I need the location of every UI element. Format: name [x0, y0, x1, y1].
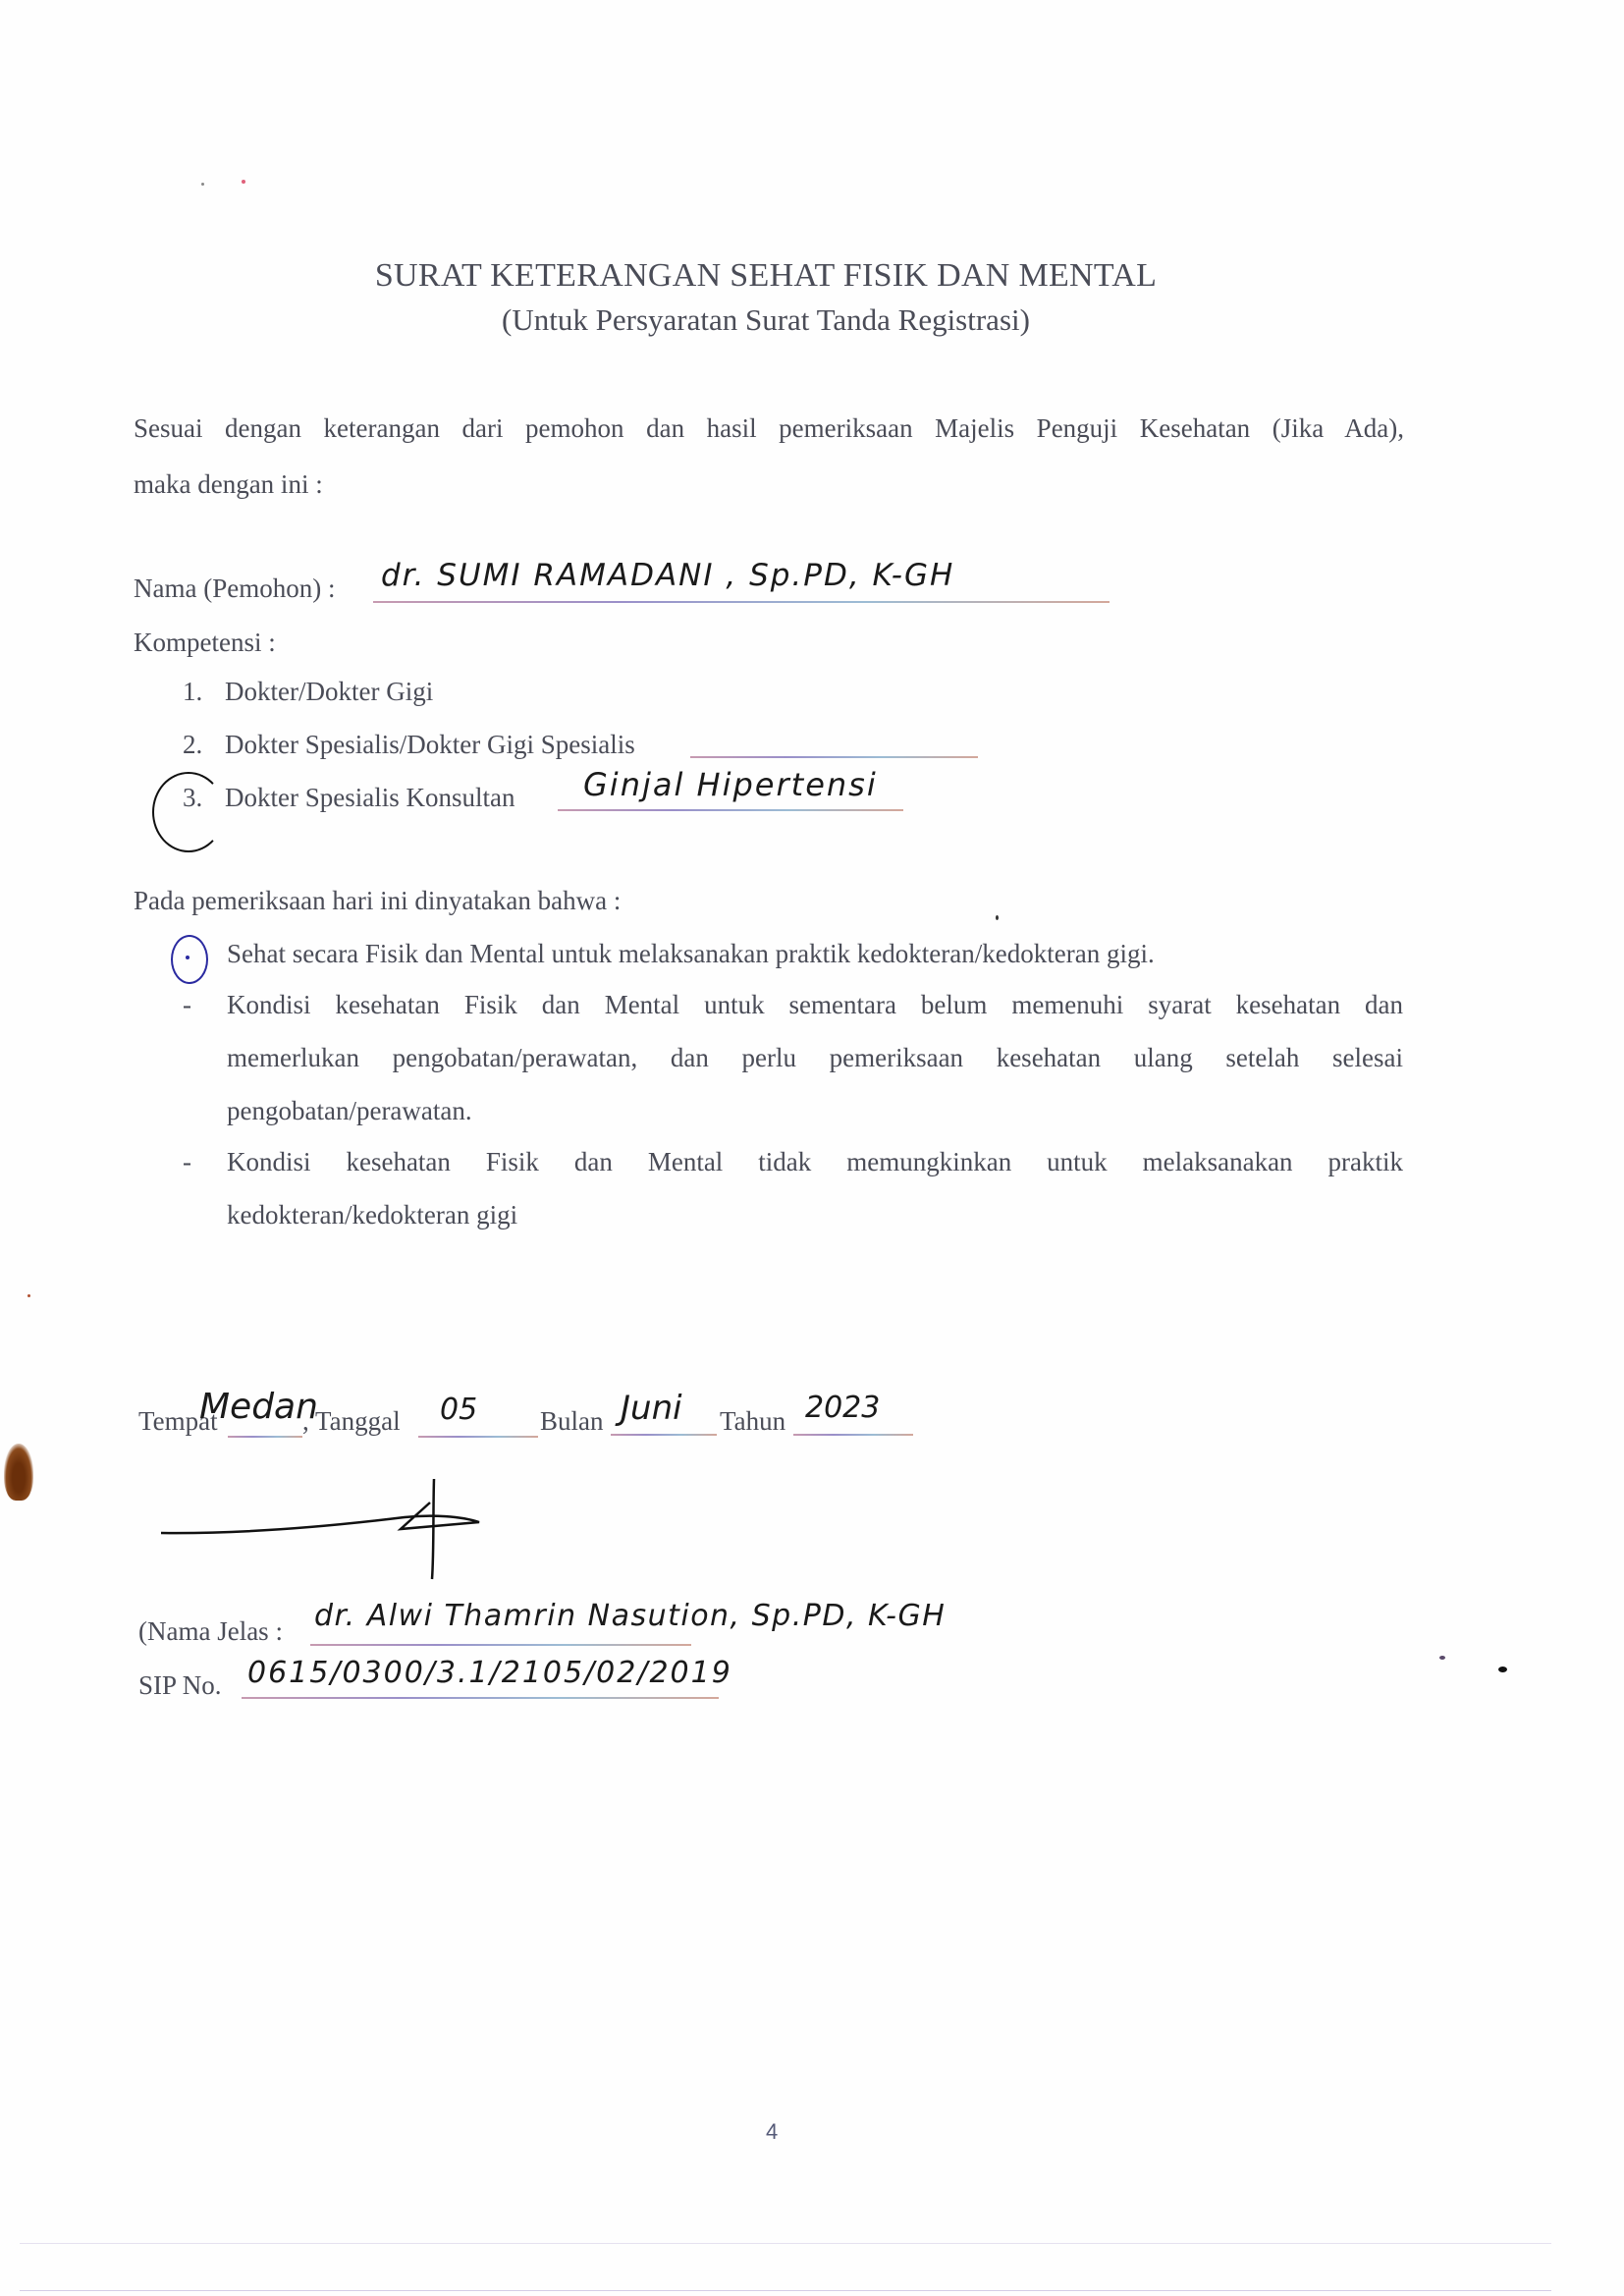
scan-speck: [1439, 1656, 1445, 1660]
competence-item-1-number: 1.: [183, 677, 202, 707]
document-title: SURAT KETERANGAN SEHAT FISIK DAN MENTAL: [0, 257, 1532, 295]
month-label: Bulan: [540, 1406, 604, 1437]
intro-line-1: Sesuai dengan keterangan dari pemohon da…: [134, 413, 1404, 444]
competence-item-2-underline: [690, 756, 978, 758]
exam-option-3-line-1: Kondisi kesehatan Fisik dan Mental tidak…: [227, 1147, 1403, 1177]
scan-edge-line: [20, 2243, 1551, 2244]
day-underline: [418, 1436, 538, 1438]
scan-speck: [1498, 1667, 1507, 1672]
exam-option-3-bullet: -: [183, 1147, 191, 1177]
signer-name-label: (Nama Jelas :: [138, 1616, 283, 1647]
applicant-underline: [373, 601, 1110, 603]
applicant-name-value: dr. SUMI RAMADANI , Sp.PD, K-GH: [381, 558, 954, 593]
place-underline: [228, 1436, 302, 1438]
selection-circle-mark: [171, 935, 208, 984]
exam-option-2-line-2: memerlukan pengobatan/perawatan, dan per…: [227, 1043, 1403, 1073]
signer-name-value: dr. Alwi Thamrin Nasution, Sp.PD, K-GH: [314, 1599, 946, 1633]
sip-label: SIP No.: [138, 1670, 222, 1701]
year-value: 2023: [805, 1391, 880, 1425]
applicant-label: Nama (Pemohon) :: [134, 574, 335, 604]
month-value: Juni: [621, 1389, 682, 1428]
competence-item-3-underline: [558, 809, 903, 811]
exam-label: Pada pemeriksaan hari ini dinyatakan bah…: [134, 886, 621, 916]
scan-speck: [996, 915, 999, 920]
exam-option-2-line-1: Kondisi kesehatan Fisik dan Mental untuk…: [227, 990, 1403, 1020]
competence-item-2-number: 2.: [183, 730, 202, 760]
day-value: 05: [440, 1393, 477, 1427]
sip-underline: [242, 1697, 719, 1699]
competence-item-3-filled: Ginjal Hipertensi: [583, 766, 878, 803]
scan-speck: [242, 180, 245, 184]
month-underline: [611, 1434, 717, 1436]
scan-speck: [27, 1294, 30, 1297]
year-label: Tahun: [720, 1406, 785, 1437]
exam-option-2-line-3: pengobatan/perawatan.: [227, 1096, 472, 1126]
option-1-bullet: [186, 956, 189, 959]
document-page: SURAT KETERANGAN SEHAT FISIK DAN MENTAL …: [0, 0, 1624, 2296]
scan-edge-line: [20, 2290, 1551, 2291]
scan-speck: [201, 183, 204, 186]
competence-label: Kompetensi :: [134, 628, 276, 658]
signer-name-underline: [310, 1644, 691, 1646]
exam-option-2-bullet: -: [183, 990, 191, 1020]
year-underline: [793, 1434, 913, 1436]
document-subtitle: (Untuk Persyaratan Surat Tanda Registras…: [0, 302, 1532, 338]
sip-value: 0615/0300/3.1/2105/02/2019: [247, 1656, 732, 1690]
ink-stain: [4, 1444, 33, 1501]
competence-item-3-number: 3.: [183, 783, 202, 813]
competence-item-2-text: Dokter Spesialis/Dokter Gigi Spesialis: [225, 730, 635, 760]
exam-option-3-line-2: kedokteran/kedokteran gigi: [227, 1200, 517, 1230]
signature-mark: [147, 1473, 501, 1591]
competence-item-1-text: Dokter/Dokter Gigi: [225, 677, 433, 707]
intro-line-2: maka dengan ini :: [134, 469, 323, 500]
day-label: , Tanggal: [302, 1406, 401, 1437]
page-number: 4: [766, 2119, 778, 2145]
competence-item-3-text: Dokter Spesialis Konsultan: [225, 783, 514, 813]
exam-option-1-text: Sehat secara Fisik dan Mental untuk mela…: [227, 939, 1155, 969]
place-value: Medan: [199, 1387, 318, 1427]
